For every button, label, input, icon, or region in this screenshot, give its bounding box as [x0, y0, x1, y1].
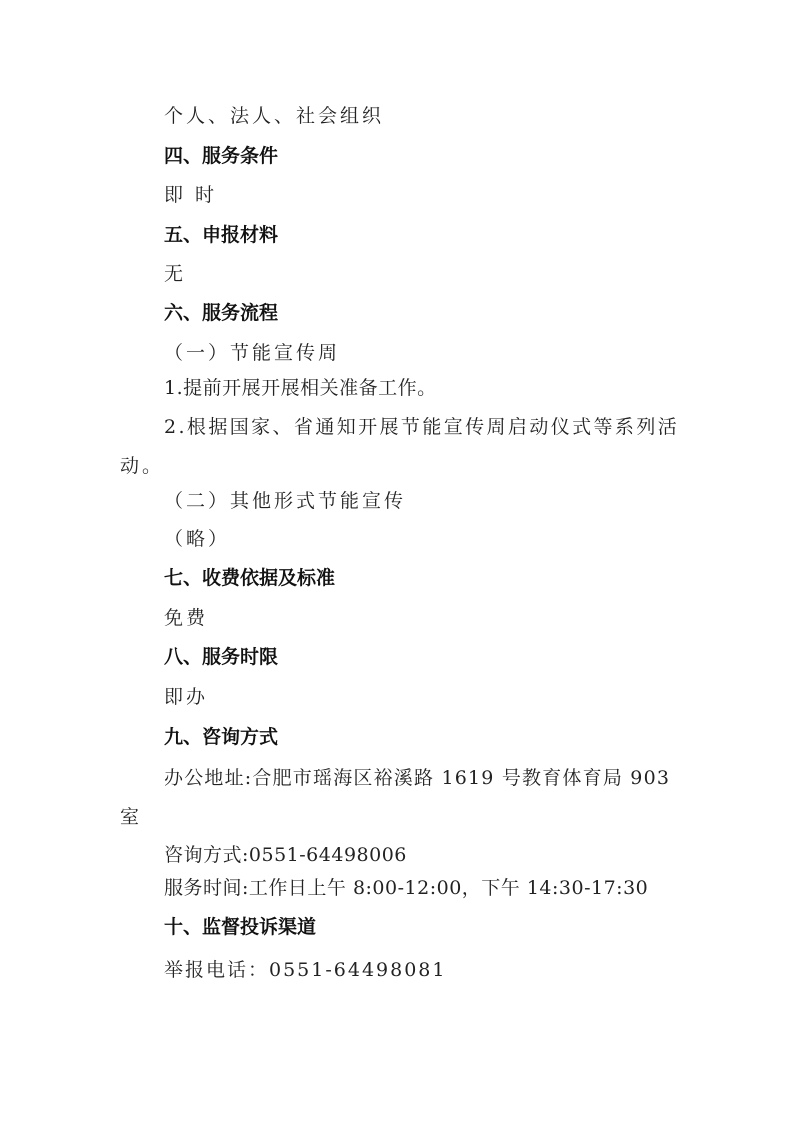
section-5-value: 无: [164, 262, 186, 286]
section-4-value: 即 时: [164, 183, 217, 207]
step-2-line2: 动。: [120, 454, 164, 478]
section-4-heading: 四、服务条件: [164, 144, 278, 168]
section-8-value: 即办: [164, 685, 208, 709]
applicable-objects-value: 个人、法人、社会组织: [164, 104, 384, 128]
document-page: 个人、法人、社会组织 四、服务条件 即 时 五、申报材料 无 六、服务流程 （一…: [0, 0, 792, 1122]
subsection-2-title: （二）其他形式节能宣传: [164, 489, 406, 513]
section-7-heading: 七、收费依据及标准: [164, 566, 335, 590]
office-address-line2: 室: [120, 805, 142, 829]
section-6-heading: 六、服务流程: [164, 301, 278, 325]
service-hours: 服务时间:工作日上午 8:00-12:00，下午 14:30-17:30: [164, 876, 648, 900]
section-7-value: 免费: [164, 606, 208, 630]
subsection-1-title: （一）节能宣传周: [164, 341, 340, 365]
section-9-heading: 九、咨询方式: [164, 725, 278, 749]
consult-phone: 咨询方式:0551-64498006: [164, 843, 407, 867]
section-10-heading: 十、监督投诉渠道: [164, 915, 316, 939]
section-8-heading: 八、服务时限: [164, 645, 278, 669]
step-2-line1: 2.根据国家、省通知开展节能宣传周启动仪式等系列活: [164, 415, 679, 439]
section-5-heading: 五、申报材料: [164, 223, 278, 247]
subsection-2-value: （略）: [164, 527, 230, 551]
step-1: 1.提前开展开展相关准备工作。: [164, 376, 437, 400]
complaint-phone: 举报电话：0551-64498081: [164, 958, 446, 982]
office-address-line1: 办公地址:合肥市瑶海区裕溪路 1619 号教育体育局 903: [164, 766, 670, 790]
